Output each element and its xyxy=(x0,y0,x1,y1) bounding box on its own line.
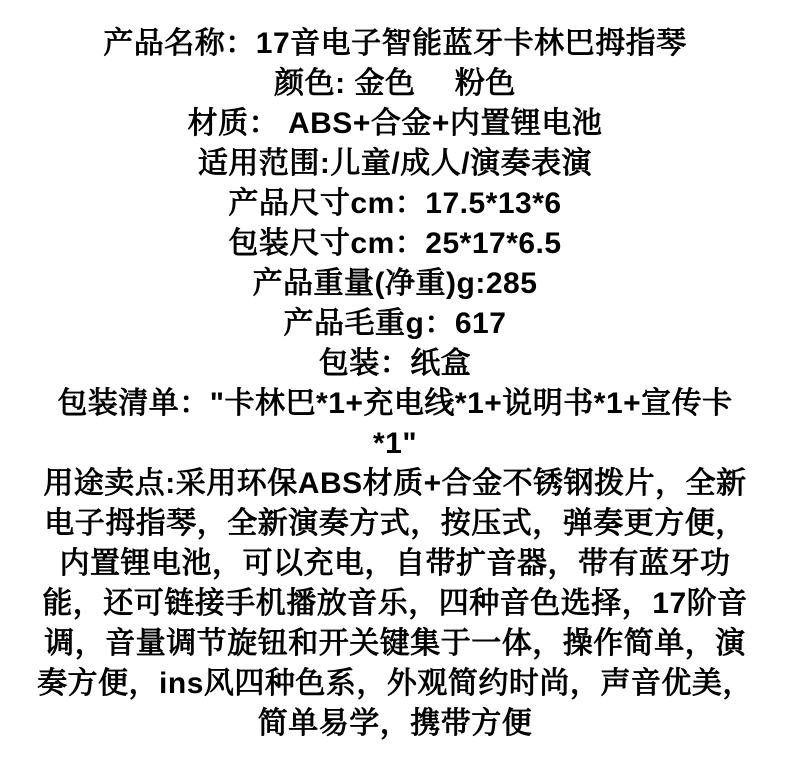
line-selling-points-1: 用途卖点:采用环保ABS材质+合金不锈钢拨片，全新 xyxy=(10,464,780,504)
line-selling-points-4: 能，还可链接手机播放音乐，四种音色选择，17阶音 xyxy=(10,584,780,624)
line-product-name: 产品名称：17音电子智能蓝牙卡林巴拇指琴 xyxy=(10,24,780,64)
line-package-size: 包装尺寸cm：25*17*6.5 xyxy=(10,224,780,264)
product-spec-sheet: 产品名称：17音电子智能蓝牙卡林巴拇指琴 颜色: 金色 粉色 材质： ABS+合… xyxy=(0,0,790,760)
line-selling-points-7: 简单易学，携带方便 xyxy=(10,704,780,744)
line-selling-points-5: 调，音量调节旋钮和开关键集于一体，操作简单，演 xyxy=(10,624,780,664)
line-color: 颜色: 金色 粉色 xyxy=(10,64,780,104)
line-packing-list-1: 包装清单："卡林巴*1+充电线*1+说明书*1+宣传卡 xyxy=(10,384,780,424)
line-applicable-range: 适用范围:儿童/成人/演奏表演 xyxy=(10,144,780,184)
line-packing-list-2: *1" xyxy=(10,424,780,464)
line-material: 材质： ABS+合金+内置锂电池 xyxy=(10,104,780,144)
line-selling-points-3: 内置锂电池，可以充电，自带扩音器，带有蓝牙功 xyxy=(10,544,780,584)
line-product-size: 产品尺寸cm：17.5*13*6 xyxy=(10,184,780,224)
line-net-weight: 产品重量(净重)g:285 xyxy=(10,264,780,304)
line-package-type: 包装：纸盒 xyxy=(10,344,780,384)
line-selling-points-6: 奏方便，ins风四种色系，外观简约时尚，声音优美， xyxy=(10,664,780,704)
line-gross-weight: 产品毛重g：617 xyxy=(10,304,780,344)
line-selling-points-2: 电子拇指琴，全新演奏方式，按压式，弹奏更方便， xyxy=(10,504,780,544)
